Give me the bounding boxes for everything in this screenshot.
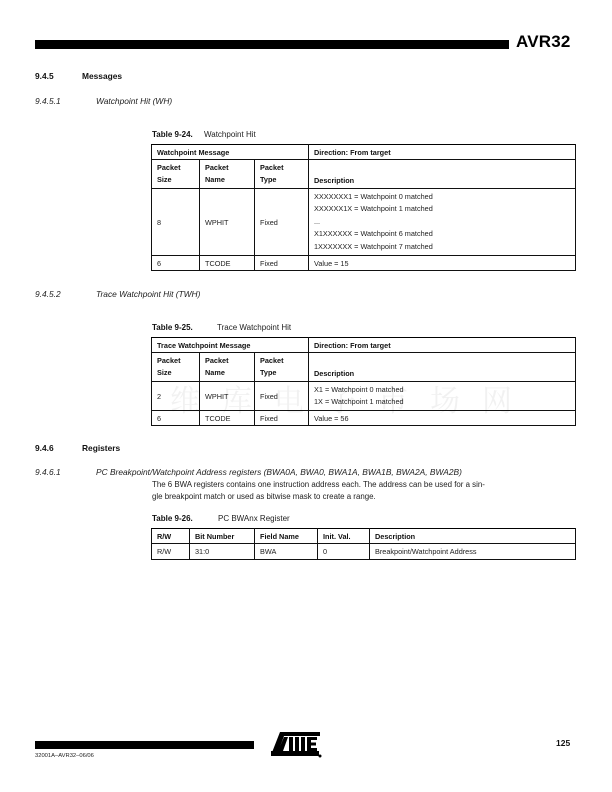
cell-packet-name: TCODE <box>200 256 255 271</box>
column-header-field-name: Field Name <box>255 529 318 544</box>
table-caption-number: Table 9-25. <box>152 323 193 332</box>
cell-field-name: BWA <box>255 544 318 560</box>
table-header-message: Watchpoint Message <box>152 145 309 160</box>
cell-packet-size: 8 <box>152 189 200 256</box>
column-header-rw: R/W <box>152 529 190 544</box>
cell-packet-name: WPHIT <box>200 189 255 256</box>
watermark: 维库电子市场网 <box>170 376 534 420</box>
cell-rw: R/W <box>152 544 190 560</box>
table-header-message: Trace Watchpoint Message <box>152 338 309 353</box>
cell-description: XXXXXXX1 = Watchpoint 0 matched XXXXXX1X… <box>309 189 576 256</box>
table-caption-title: Watchpoint Hit <box>204 130 256 139</box>
subsection-title: PC Breakpoint/Watchpoint Address registe… <box>96 467 462 477</box>
document-title: AVR32 <box>516 32 571 52</box>
page-number: 125 <box>556 738 570 748</box>
table-caption-number: Table 9-24. <box>152 130 193 139</box>
table-row: R/W 31:0 BWA 0 Breakpoint/Watchpoint Add… <box>152 544 576 560</box>
table-pc-bwanx-register: R/W Bit Number Field Name Init. Val. Des… <box>151 528 576 560</box>
table-header-direction: Direction: From target <box>309 145 576 160</box>
column-header-description: Description <box>370 529 576 544</box>
table-caption-title: PC BWAnx Register <box>218 514 290 523</box>
table-watchpoint-hit: Watchpoint Message Direction: From targe… <box>151 144 576 271</box>
table-row: 8 WPHIT Fixed XXXXXXX1 = Watchpoint 0 ma… <box>152 189 576 256</box>
subsection-title: Watchpoint Hit (WH) <box>96 96 172 106</box>
subsection-number: 9.4.5.2 <box>35 289 61 299</box>
cell-init-val: 0 <box>318 544 370 560</box>
header-rule <box>35 40 509 49</box>
table-row: 6 TCODE Fixed Value = 15 <box>152 256 576 271</box>
column-header-bit-number: Bit Number <box>190 529 255 544</box>
cell-description: Breakpoint/Watchpoint Address <box>370 544 576 560</box>
document-code: 32001A–AVR32–06/06 <box>35 753 94 759</box>
footer-rule <box>35 741 254 749</box>
section-number: 9.4.5 <box>35 71 54 81</box>
paragraph-line: The 6 BWA registers contains one instruc… <box>152 479 582 491</box>
table-caption-number: Table 9-26. <box>152 514 193 523</box>
table-caption-title: Trace Watchpoint Hit <box>217 323 291 332</box>
cell-packet-type: Fixed <box>255 256 309 271</box>
column-header-packet-size: PacketSize <box>152 160 200 189</box>
table-header-direction: Direction: From target <box>309 338 576 353</box>
cell-description: Value = 15 <box>309 256 576 271</box>
section-title: Registers <box>82 443 120 453</box>
cell-bit-number: 31:0 <box>190 544 255 560</box>
cell-packet-size: 6 <box>152 256 200 271</box>
subsection-title: Trace Watchpoint Hit (TWH) <box>96 289 200 299</box>
paragraph: The 6 BWA registers contains one instruc… <box>152 479 582 502</box>
section-title: Messages <box>82 71 122 81</box>
column-header-init-val: Init. Val. <box>318 529 370 544</box>
column-header-packet-name: PacketName <box>200 160 255 189</box>
paragraph-line: gle breakpoint match or used as bitwise … <box>152 491 582 503</box>
atmel-logo-icon <box>268 728 322 758</box>
section-number: 9.4.6 <box>35 443 54 453</box>
subsection-number: 9.4.5.1 <box>35 96 61 106</box>
cell-packet-type: Fixed <box>255 189 309 256</box>
column-header-packet-type: PacketType <box>255 160 309 189</box>
subsection-number: 9.4.6.1 <box>35 467 61 477</box>
column-header-description: Description <box>309 160 576 189</box>
